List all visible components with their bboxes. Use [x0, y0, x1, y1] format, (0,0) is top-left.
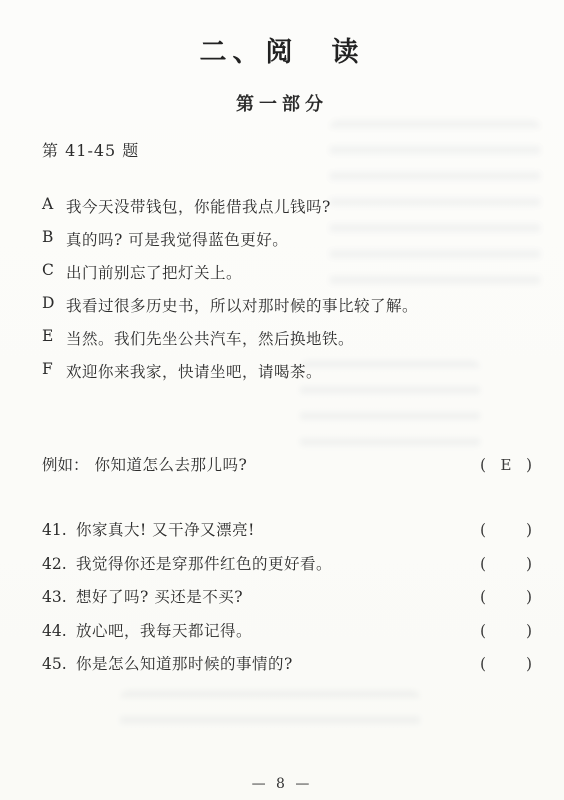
page-number: — 8 — [0, 776, 564, 792]
question-number: 44. [42, 622, 76, 640]
option-text: 出门前别忘了把灯关上。 [66, 261, 532, 283]
question-text: 放心吧，我每天都记得。 [76, 619, 480, 641]
questions-list: 41. 你家真大! 又干净又漂亮! ( ) 42. 我觉得你还是穿那件红色的更好… [42, 518, 532, 686]
bracket-open: ( [480, 622, 486, 640]
option-text: 我今天没带钱包，你能借我点儿钱吗? [66, 195, 532, 217]
answer-brackets: ( ) [480, 521, 532, 539]
question-text: 你是怎么知道那时候的事情的? [76, 652, 480, 674]
bracket-open: ( [480, 555, 486, 573]
bracket-close: ) [526, 555, 532, 573]
example-label: 例如： [42, 453, 89, 475]
example-answer-value: E [486, 456, 526, 474]
option-letter: F [42, 360, 66, 378]
question-number: 43. [42, 588, 76, 606]
question-row: 42. 我觉得你还是穿那件红色的更好看。 ( ) [42, 552, 532, 586]
bracket-close: ) [526, 588, 532, 606]
question-number: 41. [42, 521, 76, 539]
bracket-open: ( [480, 588, 486, 606]
option-letter: D [42, 294, 66, 312]
bracket-close: ) [526, 622, 532, 640]
question-range-heading: 第 41-45 题 [42, 138, 564, 161]
scan-bleed-artifact [120, 690, 420, 740]
question-row: 41. 你家真大! 又干净又漂亮! ( ) [42, 518, 532, 552]
answer-options-list: A 我今天没带钱包，你能借我点儿钱吗? B 真的吗? 可是我觉得蓝色更好。 C … [42, 195, 532, 393]
answer-brackets: ( ) [480, 622, 532, 640]
question-text: 想好了吗? 买还是不买? [76, 585, 480, 607]
option-letter: A [42, 195, 66, 213]
option-row: C 出门前别忘了把灯关上。 [42, 261, 532, 294]
question-row: 45. 你是怎么知道那时候的事情的? ( ) [42, 652, 532, 686]
part-subtitle: 第一部分 [0, 90, 564, 116]
option-text: 真的吗? 可是我觉得蓝色更好。 [66, 228, 532, 250]
section-title: 二、阅 读 [0, 0, 564, 69]
option-row: D 我看过很多历史书，所以对那时候的事比较了解。 [42, 294, 532, 327]
question-row: 43. 想好了吗? 买还是不买? ( ) [42, 585, 532, 619]
bracket-close: ) [526, 521, 532, 539]
option-text: 当然。我们先坐公共汽车，然后换地铁。 [66, 327, 532, 349]
question-number: 45. [42, 655, 76, 673]
page-content: A 我今天没带钱包，你能借我点儿钱吗? B 真的吗? 可是我觉得蓝色更好。 C … [0, 195, 564, 686]
bracket-close: ) [526, 456, 532, 474]
option-letter: C [42, 261, 66, 279]
question-text: 你家真大! 又干净又漂亮! [76, 518, 480, 540]
option-row: F 欢迎你来我家，快请坐吧，请喝茶。 [42, 360, 532, 393]
answer-brackets: ( ) [480, 655, 532, 673]
option-letter: E [42, 327, 66, 345]
bracket-open: ( [480, 521, 486, 539]
question-number: 42. [42, 555, 76, 573]
option-row: B 真的吗? 可是我觉得蓝色更好。 [42, 228, 532, 261]
option-row: A 我今天没带钱包，你能借我点儿钱吗? [42, 195, 532, 228]
bracket-close: ) [526, 655, 532, 673]
scanned-exam-page: 二、阅 读 第一部分 第 41-45 题 A 我今天没带钱包，你能借我点儿钱吗?… [0, 0, 564, 800]
question-row: 44. 放心吧，我每天都记得。 ( ) [42, 619, 532, 653]
example-row: 例如： 你知道怎么去那儿吗? ( E ) [42, 453, 532, 475]
option-letter: B [42, 228, 66, 246]
example-text: 你知道怎么去那儿吗? [95, 453, 480, 475]
bracket-open: ( [480, 655, 486, 673]
answer-brackets: ( ) [480, 588, 532, 606]
example-answer-brackets: ( E ) [480, 456, 532, 474]
option-text: 我看过很多历史书，所以对那时候的事比较了解。 [66, 294, 532, 316]
answer-brackets: ( ) [480, 555, 532, 573]
question-text: 我觉得你还是穿那件红色的更好看。 [76, 552, 480, 574]
option-text: 欢迎你来我家，快请坐吧，请喝茶。 [66, 360, 532, 382]
option-row: E 当然。我们先坐公共汽车，然后换地铁。 [42, 327, 532, 360]
